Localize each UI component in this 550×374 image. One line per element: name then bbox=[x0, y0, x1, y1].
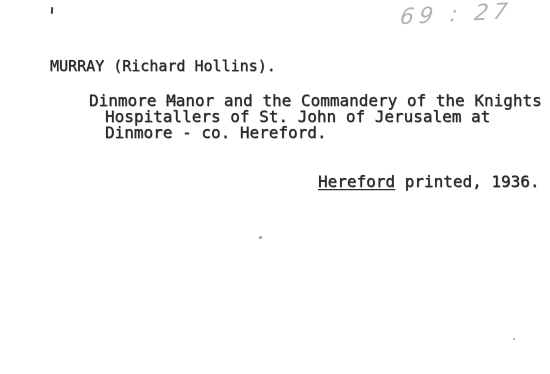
imprint-rest: printed, 1936. bbox=[395, 172, 540, 191]
pencil-shelfmark: 69 : 27 bbox=[399, 0, 522, 30]
scan-speck bbox=[259, 236, 262, 239]
imprint-place: Hereford bbox=[318, 172, 395, 191]
stray-ink-mark bbox=[51, 7, 53, 14]
author-heading: MURRAY (Richard Hollins). bbox=[50, 58, 276, 74]
scan-speck bbox=[513, 338, 515, 340]
imprint-line: Hereford printed, 1936. bbox=[318, 174, 540, 190]
title-line-3: Dinmore - co. Hereford. bbox=[105, 125, 327, 141]
catalog-card-scan: 69 : 27 MURRAY (Richard Hollins). Dinmor… bbox=[0, 0, 550, 374]
